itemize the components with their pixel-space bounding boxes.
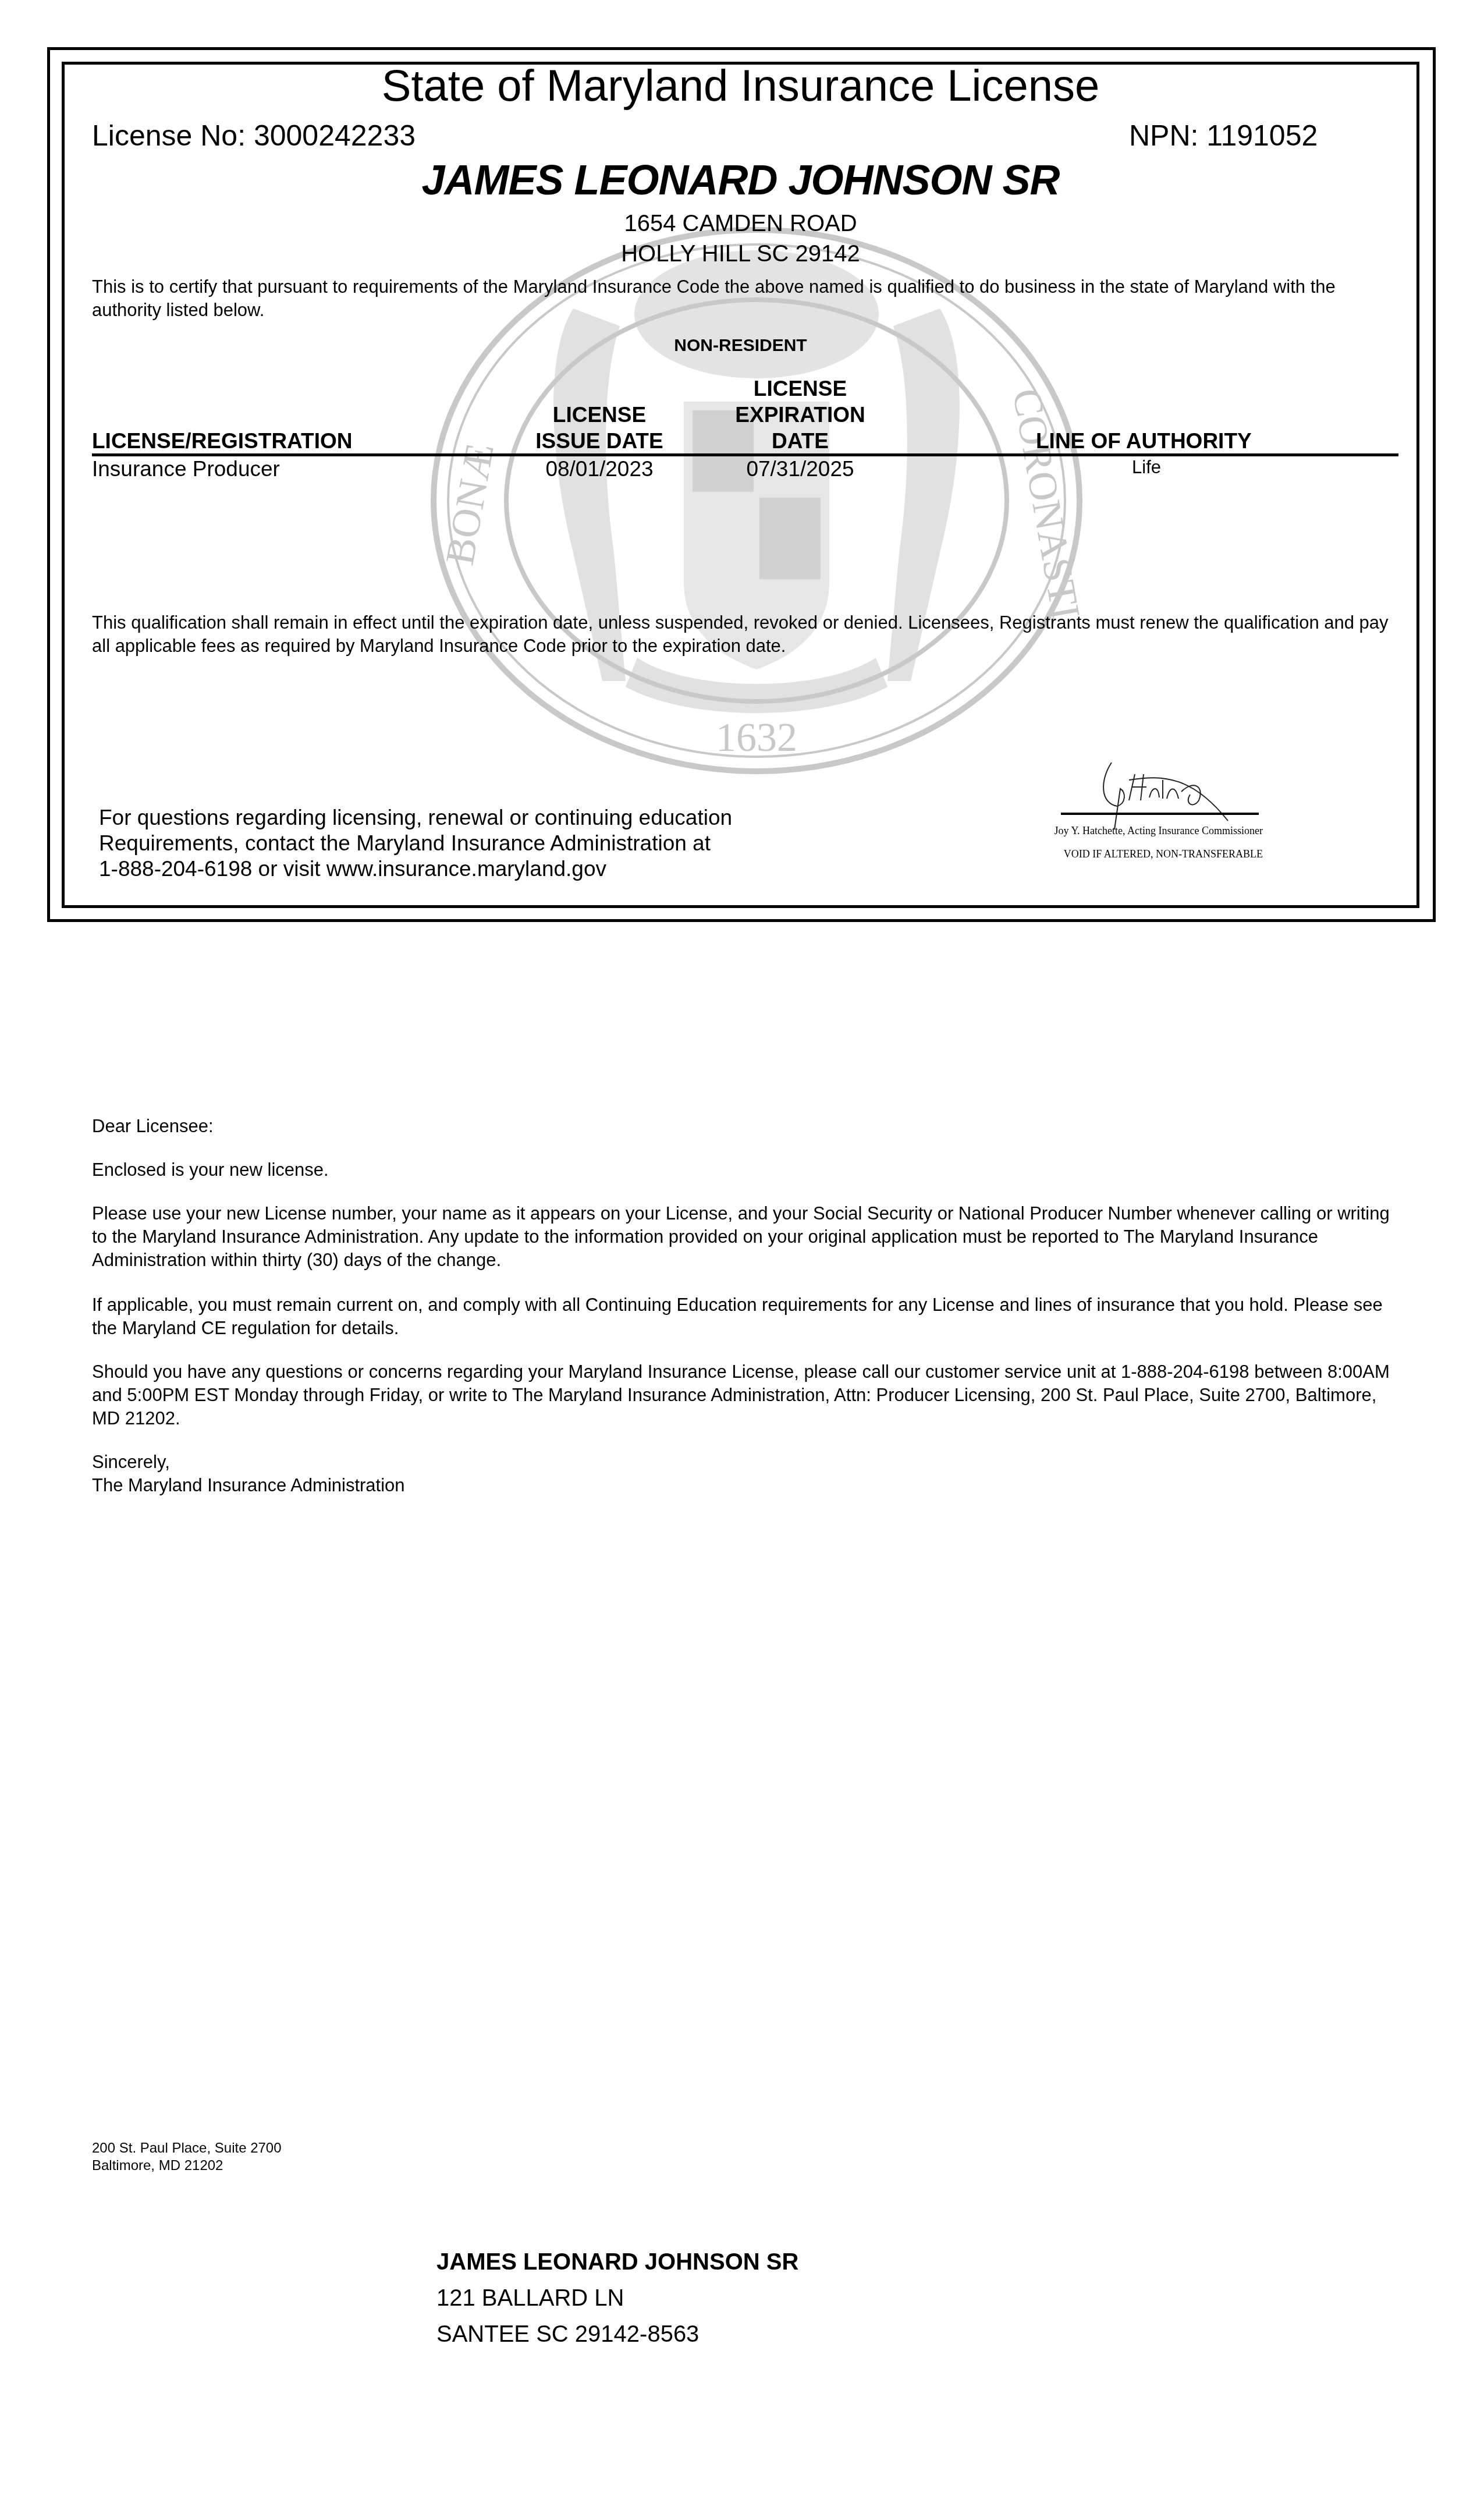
cell-expiration-date: 07/31/2025 (713, 456, 887, 482)
license-holder-name: JAMES LEONARD JOHNSON SR (62, 153, 1419, 208)
residency-status: NON-RESIDENT (62, 334, 1419, 357)
void-notice: VOID IF ALTERED, NON-TRANSFERABLE (1030, 847, 1263, 861)
recipient-address: JAMES LEONARD JOHNSON SR 121 BALLARD LN … (436, 2244, 798, 2352)
cell-line-of-authority: Life (1094, 454, 1199, 480)
letter-paragraph: Should you have any questions or concern… (92, 1360, 1401, 1430)
header-issue-date-line1: LICENSE (512, 402, 687, 428)
contact-info: For questions regarding licensing, renew… (99, 805, 855, 882)
header-license-registration: LICENSE/REGISTRATION (92, 428, 352, 454)
header-line-of-authority: LINE OF AUTHORITY (1036, 428, 1252, 454)
header-expiration-date-line1: LICENSE (713, 375, 887, 402)
holder-address-line1: 1654 CAMDEN ROAD (62, 208, 1419, 239)
header-expiration-date-line2: EXPIRATION (713, 402, 887, 428)
svg-text:BONÆ: BONÆ (438, 440, 503, 568)
letter-paragraph: Please use your new License number, your… (92, 1202, 1401, 1272)
recipient-name: JAMES LEONARD JOHNSON SR (436, 2244, 798, 2280)
contact-line: 1-888-204-6198 or visit www.insurance.ma… (99, 856, 855, 882)
header-issue-date-line2: ISSUE DATE (512, 428, 687, 454)
recipient-city-state-zip: SANTEE SC 29142-8563 (436, 2316, 798, 2352)
holder-address-line2: HOLLY HILL SC 29142 (62, 239, 1419, 269)
certification-statement: This is to certify that pursuant to requ… (92, 275, 1401, 322)
contact-line: For questions regarding licensing, renew… (99, 805, 855, 831)
recipient-street: 121 BALLARD LN (436, 2280, 798, 2316)
certificate-title: State of Maryland Insurance License (62, 58, 1419, 114)
npn-number: NPN: 1191052 (1129, 115, 1318, 156)
return-address-line: 200 St. Paul Place, Suite 2700 (92, 2140, 282, 2157)
letter-paragraph: Enclosed is your new license. (92, 1158, 1401, 1182)
header-expiration-date: LICENSE EXPIRATION DATE (713, 375, 887, 454)
header-issue-date: LICENSE ISSUE DATE (512, 402, 687, 454)
return-address-line: Baltimore, MD 21202 (92, 2157, 282, 2175)
letter-closing: Sincerely, (92, 1451, 1401, 1474)
contact-line: Requirements, contact the Maryland Insur… (99, 831, 855, 856)
letter-paragraph: If applicable, you must remain current o… (92, 1293, 1401, 1340)
qualification-statement: This qualification shall remain in effec… (92, 611, 1401, 658)
signature-line (1061, 813, 1259, 815)
letter-salutation: Dear Licensee: (92, 1115, 1401, 1138)
license-number: License No: 3000242233 (92, 115, 416, 156)
cell-issue-date: 08/01/2023 (512, 456, 687, 482)
cell-license-registration: Insurance Producer (92, 456, 280, 482)
svg-text:1632: 1632 (716, 715, 797, 760)
return-address: 200 St. Paul Place, Suite 2700 Baltimore… (92, 2140, 282, 2175)
header-expiration-date-line3: DATE (713, 428, 887, 454)
svg-text:CORONASTI: CORONASTI (1003, 385, 1085, 623)
signatory-name: Joy Y. Hatchette, Acting Insurance Commi… (1030, 824, 1263, 838)
letter-signature: The Maryland Insurance Administration (92, 1474, 1401, 1497)
commissioner-signature-icon (1094, 745, 1234, 832)
